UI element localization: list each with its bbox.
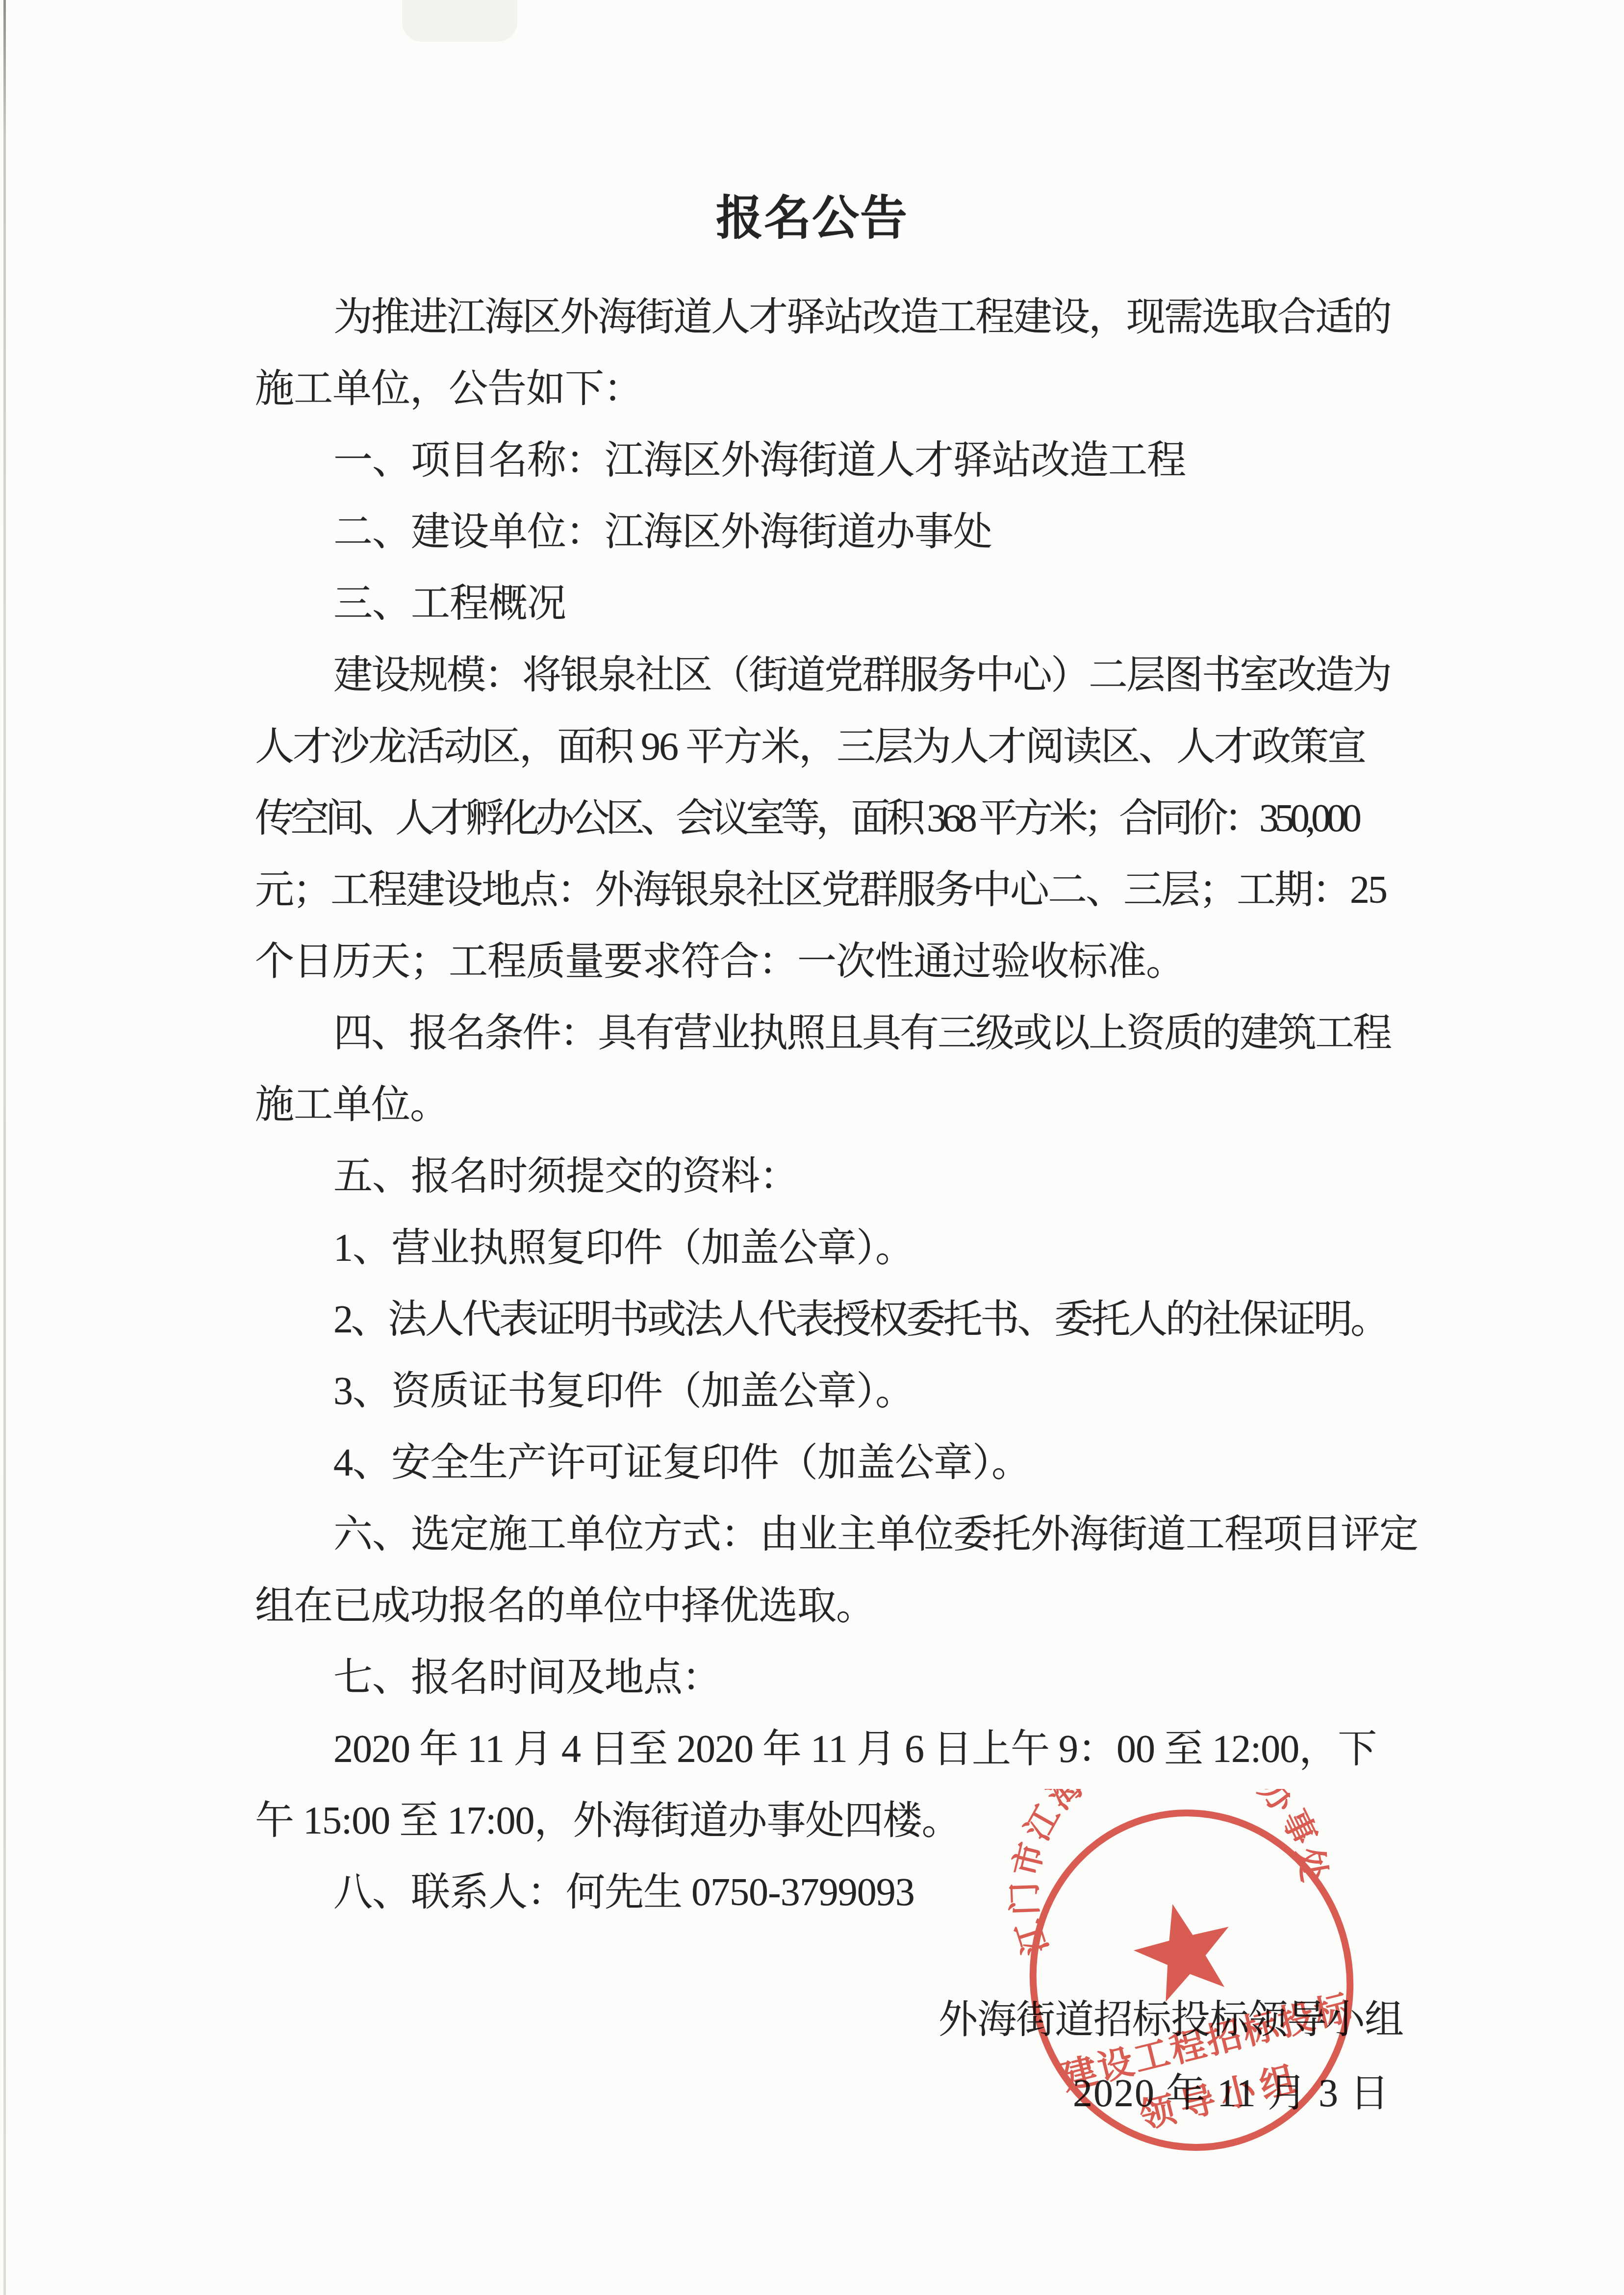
- body-line: 传空间、人才孵化办公区、会议室等，面积 368 平方米；合同价：350,000: [255, 783, 1407, 854]
- body-line: 个日历天；工程质量要求符合：一次性通过验收标准。: [255, 926, 1407, 997]
- body-line: 七、报名时间及地点：: [255, 1642, 1407, 1713]
- body-line: 2020 年 11 月 4 日至 2020 年 11 月 6 日上午 9：00 …: [255, 1713, 1407, 1785]
- official-seal-stamp: 江门市江海区外海街道办事处 建设工程招标投标 领导小组: [1005, 1789, 1378, 2171]
- announcement-document-page: 报名公告 为推进江海区外海街道人才驿站改造工程建设，现需选取合适的 施工单位，公…: [0, 0, 1624, 2295]
- body-line: 2、法人代表证明书或法人代表授权委托书、委托人的社保证明。: [255, 1284, 1407, 1355]
- body-line: 人才沙龙活动区，面积 96 平方米，三层为人才阅读区、人才政策宣: [255, 711, 1407, 783]
- body-line: 一、项目名称：江海区外海街道人才驿站改造工程: [255, 425, 1407, 496]
- scan-edge-artifact: [3, 0, 6, 2295]
- body-line: 四、报名条件：具有营业执照且具有三级或以上资质的建筑工程: [255, 997, 1407, 1069]
- body-line: 1、营业执照复印件（加盖公章）。: [255, 1212, 1407, 1284]
- scan-smudge-artifact: [402, 0, 517, 42]
- page-title: 报名公告: [0, 184, 1624, 253]
- document-body: 为推进江海区外海街道人才驿站改造工程建设，现需选取合适的 施工单位，公告如下： …: [255, 281, 1407, 1928]
- body-line: 3、资质证书复印件（加盖公章）。: [255, 1355, 1407, 1427]
- body-line: 元；工程建设地点：外海银泉社区党群服务中心二、三层；工期：25: [255, 854, 1407, 926]
- body-line: 组在已成功报名的单位中择优选取。: [255, 1570, 1407, 1642]
- body-line: 建设规模：将银泉社区（街道党群服务中心）二层图书室改造为: [255, 639, 1407, 711]
- body-line: 六、选定施工单位方式：由业主单位委托外海街道工程项目评定: [255, 1499, 1407, 1570]
- red-star-icon: [1125, 1892, 1243, 2007]
- body-line: 为推进江海区外海街道人才驿站改造工程建设，现需选取合适的: [255, 281, 1407, 353]
- body-line: 施工单位。: [255, 1069, 1407, 1141]
- body-line: 五、报名时须提交的资料：: [255, 1141, 1407, 1212]
- body-line: 二、建设单位：江海区外海街道办事处: [255, 496, 1407, 568]
- body-line: 施工单位，公告如下：: [255, 353, 1407, 425]
- body-line: 三、工程概况: [255, 568, 1407, 639]
- body-line: 4、安全生产许可证复印件（加盖公章）。: [255, 1427, 1407, 1499]
